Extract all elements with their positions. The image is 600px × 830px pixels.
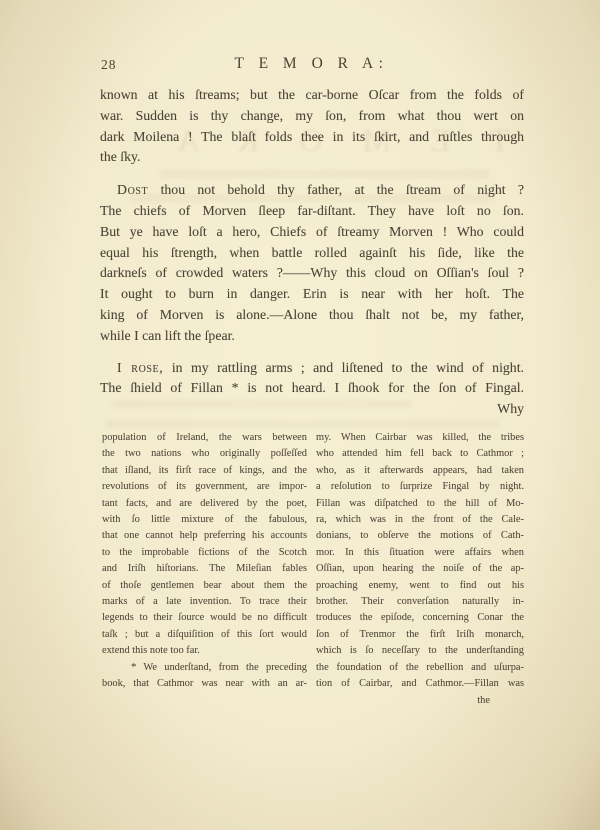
footnote-line: the foundation of the rebellion and uſur…: [316, 660, 524, 676]
footnote-line: book, that Cathmor was near with an ar-: [102, 676, 307, 692]
footnote-left-column: population of Ireland, the wars betweent…: [102, 430, 307, 693]
footnote-line: tant facts, and are delivered by the poe…: [102, 496, 307, 512]
page-title: T E M O R A:: [100, 55, 523, 73]
small-caps-word: Dost: [117, 182, 148, 197]
footnote-line: proaching enemy, went to find out his: [316, 578, 524, 594]
text-line: the ſky.: [100, 147, 524, 168]
text-line: king of Morven is alone.—Alone thou ſhal…: [100, 305, 524, 326]
footnote-line: that one cannot help preferring his acco…: [102, 528, 307, 544]
text-line: I rose, in my rattling arms ; and liſten…: [100, 358, 524, 379]
text-line: The ſhield of Fillan * is not heard. I ſ…: [100, 378, 524, 399]
text-line: darkneſs of crowded waters ?——Why this c…: [100, 263, 524, 284]
line-group: population of Ireland, the wars betweent…: [102, 430, 307, 643]
footnote-line: tion of Cairbar, and Cathmor.—Fillan was: [316, 676, 524, 692]
footnote-line: a reſolution to ſurprize Fingal by night…: [316, 479, 524, 495]
footnote-line: Oſſian, upon hearing the noiſe of the ap…: [316, 561, 524, 577]
line-group: * We underſtand, from the precedingbook,…: [102, 660, 307, 693]
footnote-line: * We underſtand, from the preceding: [102, 660, 307, 676]
footnote-line: and Iriſh hiſtorians. The Mileſian fable…: [102, 561, 307, 577]
footnote-line: marks of a late invention. To trace thei…: [102, 594, 307, 610]
footnote-line: who attended him fell back to Cathmor ;: [316, 446, 524, 462]
text-line: war. Sudden is thy change, my ſon, from …: [100, 106, 524, 127]
paragraph-1: known at his ſtreams; but the car-borne …: [100, 85, 524, 168]
footnote-line: extend this note too far.: [102, 643, 307, 659]
book-page-scan: T E M O R A 28 T E M O R A: known at his…: [0, 0, 600, 830]
footnote-line: brother. Their converſation naturally in…: [316, 594, 524, 610]
text-line: dark Moilena ! The blaſt folds thee in i…: [100, 127, 524, 148]
text-line: The chiefs of Morven ſleep far-diſtant. …: [100, 201, 524, 222]
footnote-line: who, as it afterwards appears, had taken: [316, 463, 524, 479]
text-line-rest: thou not behold thy father, at the ſtrea…: [148, 182, 524, 197]
footnote-line: troduces the epiſode, concerning Conar t…: [316, 610, 524, 626]
footnote-line: taſk ; but a diſquiſition of this ſort w…: [102, 627, 307, 643]
text-line: while I can lift the ſpear.: [100, 326, 524, 347]
footnote-right-column: my. When Cairbar was killed, the tribesw…: [316, 430, 524, 709]
text-line: Dost thou not behold thy father, at the …: [100, 180, 524, 201]
line-group: known at his ſtreams; but the car-borne …: [100, 85, 524, 147]
paragraph-2: Dost thou not behold thy father, at the …: [100, 180, 524, 346]
footnote-line: revolutions of its government, are impor…: [102, 479, 307, 495]
text-line: known at his ſtreams; but the car-borne …: [100, 85, 524, 106]
footnote-line: Fillan was diſpatched to the hill of Mo-: [316, 496, 524, 512]
line-group: The chiefs of Morven ſleep far-diſtant. …: [100, 201, 524, 326]
footnote-line: which is ſo neceſſary to the underſtandi…: [316, 643, 524, 659]
catchword: Why: [100, 399, 524, 420]
footnote-line: of thoſe gentlemen bear about them the: [102, 578, 307, 594]
show-through-smudge: [106, 420, 498, 428]
footnote-line: the two nations who originally poſſeſſed: [102, 446, 307, 462]
footnote-line: ſon of Trenmor the firſt Iriſh monarch,: [316, 627, 524, 643]
text-line-rest: in my rattling arms ; and liſtened to th…: [163, 360, 524, 375]
footnote-line: to the improbable fictions of the Scotch: [102, 545, 307, 561]
footnote-line: donians, to obſerve the motions of Cath-: [316, 528, 524, 544]
footnote-line: my. When Cairbar was killed, the tribes: [316, 430, 524, 446]
text-line: But ye have loſt a hero, Chiefs of ſtrea…: [100, 222, 524, 243]
footnote-line: that iſland, its firſt race of kings, an…: [102, 463, 307, 479]
small-caps-word: I rose,: [117, 360, 163, 375]
footnote-line: legends to their ſource would be no diff…: [102, 610, 307, 626]
footnote-line: with ſo little mixture of the fabulous,: [102, 512, 307, 528]
line-group: my. When Cairbar was killed, the tribesw…: [316, 430, 524, 693]
main-text: known at his ſtreams; but the car-borne …: [100, 85, 524, 420]
text-line: It ought to burn in danger. Erin is near…: [100, 284, 524, 305]
footnote-line: ra, which was in the front of the Cale-: [316, 512, 524, 528]
footnote-line: mor. In this ſituation were affairs when: [316, 545, 524, 561]
catchword: the: [316, 693, 524, 709]
paragraph-3: I rose, in my rattling arms ; and liſten…: [100, 358, 524, 420]
text-line: equal his ſtrength, when battle rolled a…: [100, 243, 524, 264]
footnote-line: population of Ireland, the wars between: [102, 430, 307, 446]
